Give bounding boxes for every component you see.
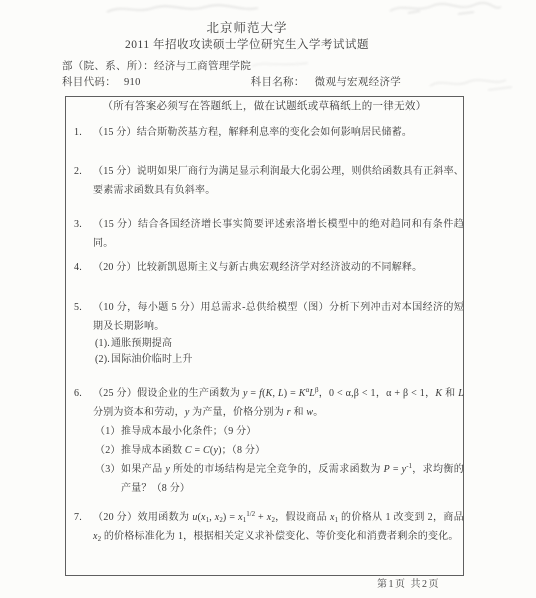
question-number: 1. xyxy=(74,123,82,142)
subitem-text: 通胀预期提高 xyxy=(111,338,172,349)
questions-box: （所有答案必须写在答题纸上，做在试题纸或草稿纸上的一律无效） 1. （15 分）… xyxy=(65,96,464,576)
exam-title: 2011 年招收攻读硕士学位研究生入学考试试题 xyxy=(0,38,494,53)
scan-artifact xyxy=(250,58,310,70)
subitem-label: (1). xyxy=(95,336,110,352)
department-label: 部（院、系、所）： xyxy=(62,61,154,72)
question-4: 4. （20 分）比较新凯恩斯主义与新古典宏观经济学对经济波动的不同解释。 xyxy=(74,258,464,277)
subitem: （3） 如果产品 y 所处的市场结构是完全竞争的，反需求函数为 P = y-1，… xyxy=(93,460,464,498)
department-line: 部（院、系、所）：经济与工商管理学院 xyxy=(62,60,251,74)
question-text: （10 分，每小题 5 分）用总需求-总供给模型（图）分析下列冲击对本国经济的短… xyxy=(93,298,464,336)
question-text: （15 分）结合各国经济增长事实简要评述索洛增长模型中的绝对趋同和有条件趋同。 xyxy=(93,215,464,253)
question-number: 4. xyxy=(74,258,82,277)
exam-paper-page: 北京师范大学 2011 年招收攻读硕士学位研究生入学考试试题 部（院、系、所）：… xyxy=(0,0,536,598)
question-number: 5. xyxy=(74,298,82,317)
subitem-label: （2） xyxy=(95,441,121,460)
subitem: (1). 通胀预期提高 xyxy=(93,336,464,352)
university-name: 北京师范大学 xyxy=(0,21,494,36)
question-2: 2. （15 分）说明如果厂商行为满足显示利润最大化弱公理，则供给函数具有正斜率… xyxy=(74,162,464,200)
question-number: 7. xyxy=(74,508,82,527)
question-text: （25 分）假设企业的生产函数为 y = f(K, L) = KαLβ，0 < … xyxy=(93,384,464,422)
question-3: 3. （15 分）结合各国经济增长事实简要评述索洛增长模型中的绝对趋同和有条件趋… xyxy=(74,215,464,253)
question-5: 5. （10 分，每小题 5 分）用总需求-总供给模型（图）分析下列冲击对本国经… xyxy=(74,298,464,368)
question-1: 1. （15 分）结合斯勒茨基方程，解释利息率的变化会如何影响居民储蓄。 xyxy=(74,123,464,142)
question-number: 6. xyxy=(74,384,82,403)
question-text: （20 分）效用函数为 u(x1, x2) = x11/2 + x2，假设商品 … xyxy=(93,508,464,546)
subitem: (2). 国际油价临时上升 xyxy=(93,352,464,368)
subject-name-label: 科目名称： xyxy=(251,77,305,88)
page-number: 第1页 共2页 xyxy=(377,578,440,591)
subitem: （1） 推导成本最小化条件；（9 分） xyxy=(93,422,464,441)
subitem-label: （3） xyxy=(95,460,121,479)
subitem-text: 国际油价临时上升 xyxy=(111,354,193,365)
subject-code-label: 科目代码： xyxy=(62,77,116,88)
subitem-label: (2). xyxy=(95,352,110,368)
subject-name-value: 微观与宏观经济学 xyxy=(315,77,401,88)
scan-artifact xyxy=(105,2,260,16)
question-6-subitems: （1） 推导成本最小化条件；（9 分） （2） 推导成本函数 C = C(y)；… xyxy=(93,422,464,498)
question-number: 3. xyxy=(74,215,82,234)
question-text: （15 分）结合斯勒茨基方程，解释利息率的变化会如何影响居民储蓄。 xyxy=(93,123,464,142)
question-number: 2. xyxy=(74,162,82,181)
subitem-text: 如果产品 y 所处的市场结构是完全竞争的，反需求函数为 P = y-1，求均衡的… xyxy=(121,460,464,498)
subitem-text: 推导成本函数 C = C(y)；（8 分） xyxy=(121,441,464,460)
question-6: 6. （25 分）假设企业的生产函数为 y = f(K, L) = KαLβ，0… xyxy=(74,384,464,498)
subitem-label: （1） xyxy=(95,422,121,441)
scan-artifact xyxy=(388,0,503,16)
subject-code-value: 910 xyxy=(124,77,141,88)
subitem: （2） 推导成本函数 C = C(y)；（8 分） xyxy=(93,441,464,460)
subitem-text: 推导成本最小化条件；（9 分） xyxy=(121,422,464,441)
subject-line: 科目代码：910科目名称：微观与宏观经济学 xyxy=(62,76,401,90)
department-value: 经济与工商管理学院 xyxy=(154,61,251,72)
question-text: （20 分）比较新凯恩斯主义与新古典宏观经济学对经济波动的不同解释。 xyxy=(93,258,464,277)
answer-notice: （所有答案必须写在答题纸上，做在试题纸或草稿纸上的一律无效） xyxy=(66,99,463,115)
question-7: 7. （20 分）效用函数为 u(x1, x2) = x11/2 + x2，假设… xyxy=(74,508,464,546)
question-text: （15 分）说明如果厂商行为满足显示利润最大化弱公理，则供给函数具有正斜率、要素… xyxy=(93,162,464,200)
question-5-subitems: (1). 通胀预期提高 (2). 国际油价临时上升 xyxy=(93,336,464,368)
scan-artifact xyxy=(428,72,520,94)
